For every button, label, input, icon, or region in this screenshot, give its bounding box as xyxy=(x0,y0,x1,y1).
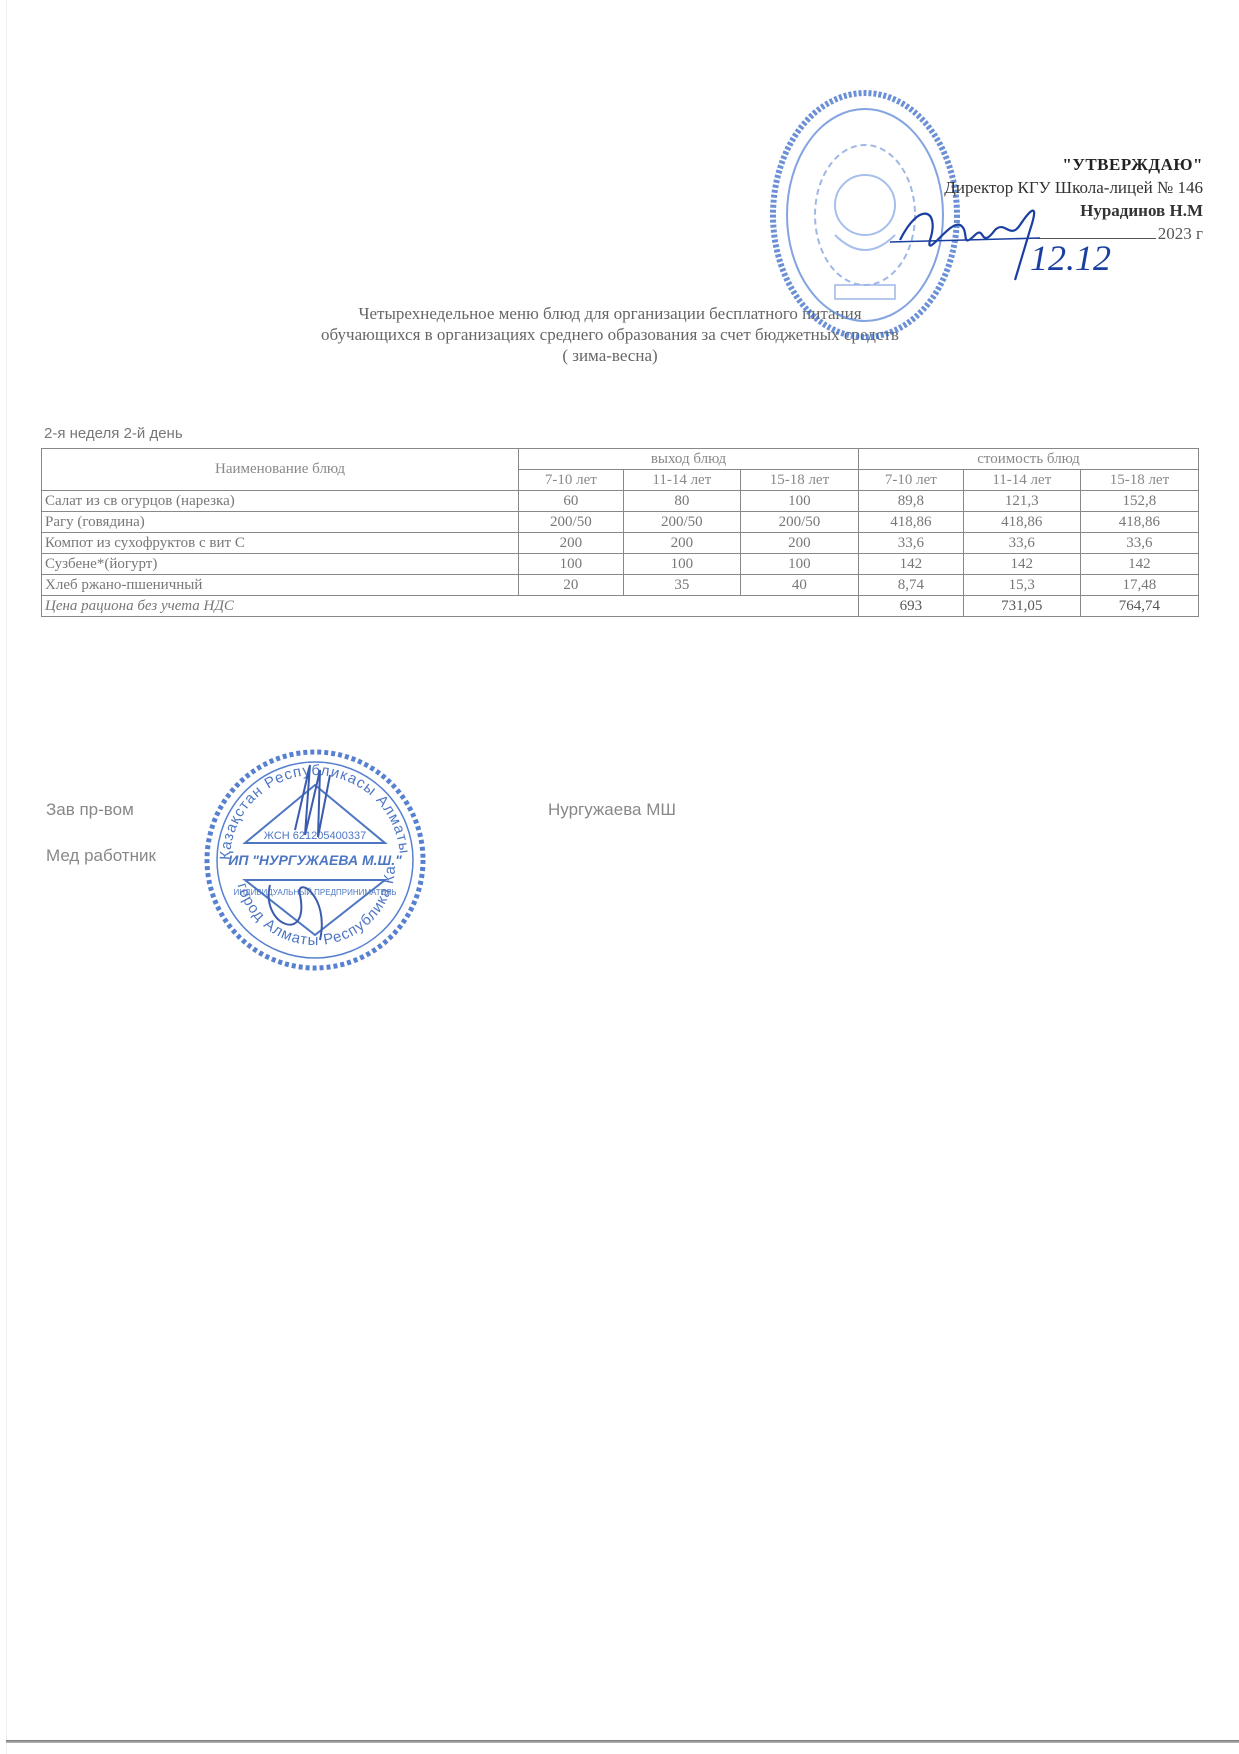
director-signature-icon: 12.12 xyxy=(880,180,1120,290)
page-bottom-edge xyxy=(6,1740,1239,1743)
dish-output: 200/50 xyxy=(740,512,858,533)
dish-output: 35 xyxy=(623,575,740,596)
total-value: 693 xyxy=(858,596,963,617)
column-header-age: 11-14 лет xyxy=(623,470,740,491)
table-row: Сузбене*(йогурт)100100100142142142 xyxy=(42,554,1199,575)
column-header-age: 15-18 лет xyxy=(740,470,858,491)
dish-cost: 8,74 xyxy=(858,575,963,596)
medic-label: Мед работник xyxy=(46,846,156,866)
column-header-name: Наименование блюд xyxy=(42,449,519,491)
column-header-age: 7-10 лет xyxy=(519,470,624,491)
dish-output: 200 xyxy=(519,533,624,554)
dish-cost: 89,8 xyxy=(858,491,963,512)
dish-name: Салат из св огурцов (нарезка) xyxy=(42,491,519,512)
dish-cost: 418,86 xyxy=(963,512,1080,533)
table-row: Хлеб ржано-пшеничный2035408,7415,317,48 xyxy=(42,575,1199,596)
dish-cost: 121,3 xyxy=(963,491,1080,512)
dish-output: 100 xyxy=(519,554,624,575)
dish-cost: 142 xyxy=(858,554,963,575)
dish-cost: 15,3 xyxy=(963,575,1080,596)
dish-name: Компот из сухофруктов с вит С xyxy=(42,533,519,554)
dish-output: 100 xyxy=(740,491,858,512)
dish-cost: 17,48 xyxy=(1080,575,1198,596)
dish-output: 200 xyxy=(740,533,858,554)
dish-output: 200 xyxy=(623,533,740,554)
group-header-output: выход блюд xyxy=(519,449,859,470)
dish-output: 20 xyxy=(519,575,624,596)
table-row: Рагу (говядина)200/50200/50200/50418,864… xyxy=(42,512,1199,533)
dish-cost: 418,86 xyxy=(1080,512,1198,533)
ip-stamp-icon: Қазақстан Республикасы Алматы қаласы гор… xyxy=(200,745,430,975)
table-row: Компот из сухофруктов с вит С20020020033… xyxy=(42,533,1199,554)
dish-cost: 33,6 xyxy=(858,533,963,554)
dish-cost: 142 xyxy=(963,554,1080,575)
page-edge xyxy=(6,0,7,1754)
dish-cost: 33,6 xyxy=(963,533,1080,554)
table-row: Салат из св огурцов (нарезка)608010089,8… xyxy=(42,491,1199,512)
column-header-age: 15-18 лет xyxy=(1080,470,1198,491)
svg-text:12.12: 12.12 xyxy=(1030,238,1111,278)
svg-text:ИП "НУРГУЖАЕВА М.Ш.": ИП "НУРГУЖАЕВА М.Ш." xyxy=(228,852,402,868)
column-header-age: 7-10 лет xyxy=(858,470,963,491)
dish-output: 60 xyxy=(519,491,624,512)
dish-name: Сузбене*(йогурт) xyxy=(42,554,519,575)
dish-output: 100 xyxy=(740,554,858,575)
column-header-age: 11-14 лет xyxy=(963,470,1080,491)
week-day-label: 2-я неделя 2-й день xyxy=(44,425,183,442)
dish-cost: 152,8 xyxy=(1080,491,1198,512)
dish-name: Хлеб ржано-пшеничный xyxy=(42,575,519,596)
total-value: 764,74 xyxy=(1080,596,1198,617)
dish-output: 200/50 xyxy=(519,512,624,533)
total-value: 731,05 xyxy=(963,596,1080,617)
svg-text:ЖСН 621205400337: ЖСН 621205400337 xyxy=(264,830,366,842)
dish-cost: 142 xyxy=(1080,554,1198,575)
production-head-name: Нургужаева МШ xyxy=(548,800,676,820)
group-header-cost: стоимость блюд xyxy=(858,449,1198,470)
dish-output: 200/50 xyxy=(623,512,740,533)
production-head-label: Зав пр-вом xyxy=(46,800,134,820)
dish-output: 100 xyxy=(623,554,740,575)
dish-name: Рагу (говядина) xyxy=(42,512,519,533)
total-row: Цена рациона без учета НДС 693 731,05 76… xyxy=(42,596,1199,617)
dish-output: 80 xyxy=(623,491,740,512)
menu-table: Наименование блюд выход блюд стоимость б… xyxy=(41,448,1199,617)
approval-title: "УТВЕРЖДАЮ" xyxy=(944,153,1203,176)
dish-cost: 33,6 xyxy=(1080,533,1198,554)
dish-cost: 418,86 xyxy=(858,512,963,533)
dish-output: 40 xyxy=(740,575,858,596)
total-label: Цена рациона без учета НДС xyxy=(42,596,859,617)
